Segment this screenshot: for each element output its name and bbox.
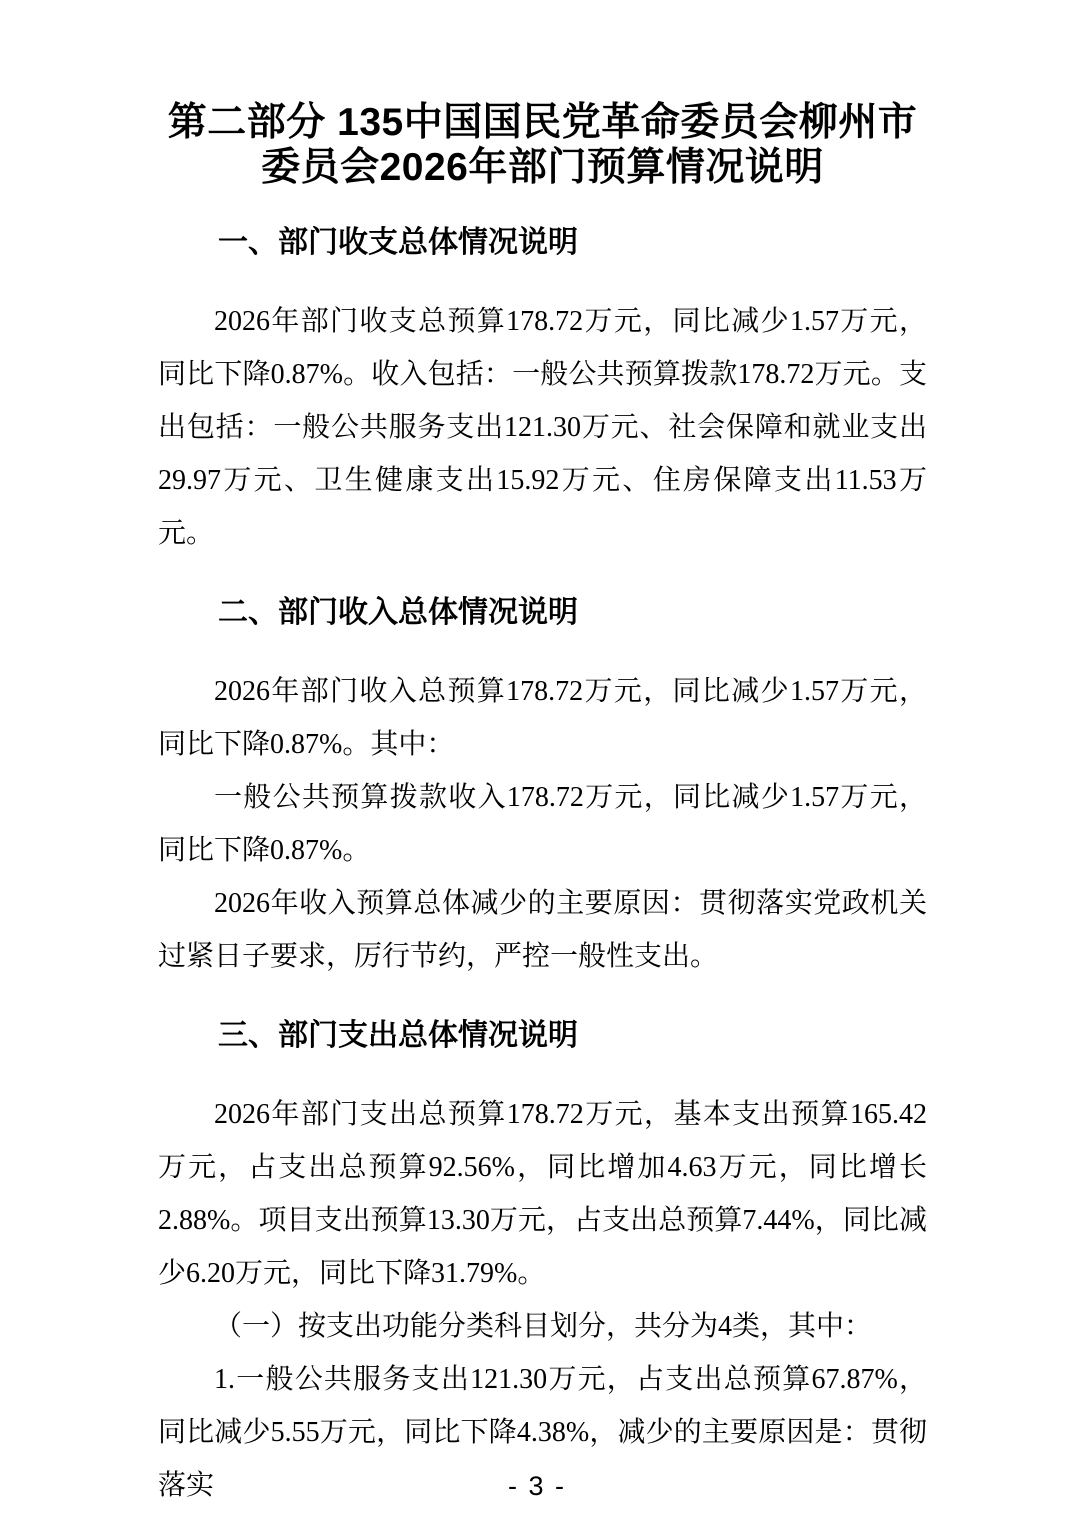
document-title-line-2: 委员会2026年部门预算情况说明 — [158, 145, 927, 190]
paragraph-expenditure-total: 2026年部门支出总预算178.72万元，基本支出预算165.42万元，占支出总… — [158, 1088, 927, 1300]
document-page: 第二部分 135中国国民党革命委员会柳州市 委员会2026年部门预算情况说明 一… — [0, 0, 1074, 1520]
document-title-line-1: 第二部分 135中国国民党革命委员会柳州市 — [158, 100, 927, 145]
paragraph-income-total: 2026年部门收入总预算178.72万元，同比减少1.57万元，同比下降0.87… — [158, 665, 927, 771]
document-title: 第二部分 135中国国民党革命委员会柳州市 委员会2026年部门预算情况说明 — [158, 100, 927, 190]
section-expenditure: 三、部门支出总体情况说明 2026年部门支出总预算178.72万元，基本支出预算… — [158, 1009, 927, 1512]
section-overview: 一、部门收支总体情况说明 2026年部门收支总预算178.72万元，同比减少1.… — [158, 216, 927, 560]
paragraph-income-decrease-reason: 2026年收入预算总体减少的主要原因：贯彻落实党政机关过紧日子要求，厉行节约，严… — [158, 877, 927, 983]
paragraph-income-public-budget: 一般公共预算拨款收入178.72万元，同比减少1.57万元，同比下降0.87%。 — [158, 771, 927, 877]
section-heading-overview: 一、部门收支总体情况说明 — [158, 216, 927, 269]
section-heading-income: 二、部门收入总体情况说明 — [158, 586, 927, 639]
paragraph-overview-budget: 2026年部门收支总预算178.72万元，同比减少1.57万元，同比下降0.87… — [158, 295, 927, 560]
paragraph-expenditure-classification: （一）按支出功能分类科目划分，共分为4类，其中： — [158, 1300, 927, 1353]
section-heading-expenditure: 三、部门支出总体情况说明 — [158, 1009, 927, 1062]
page-number: - 3 - — [0, 1471, 1074, 1502]
section-income: 二、部门收入总体情况说明 2026年部门收入总预算178.72万元，同比减少1.… — [158, 586, 927, 983]
